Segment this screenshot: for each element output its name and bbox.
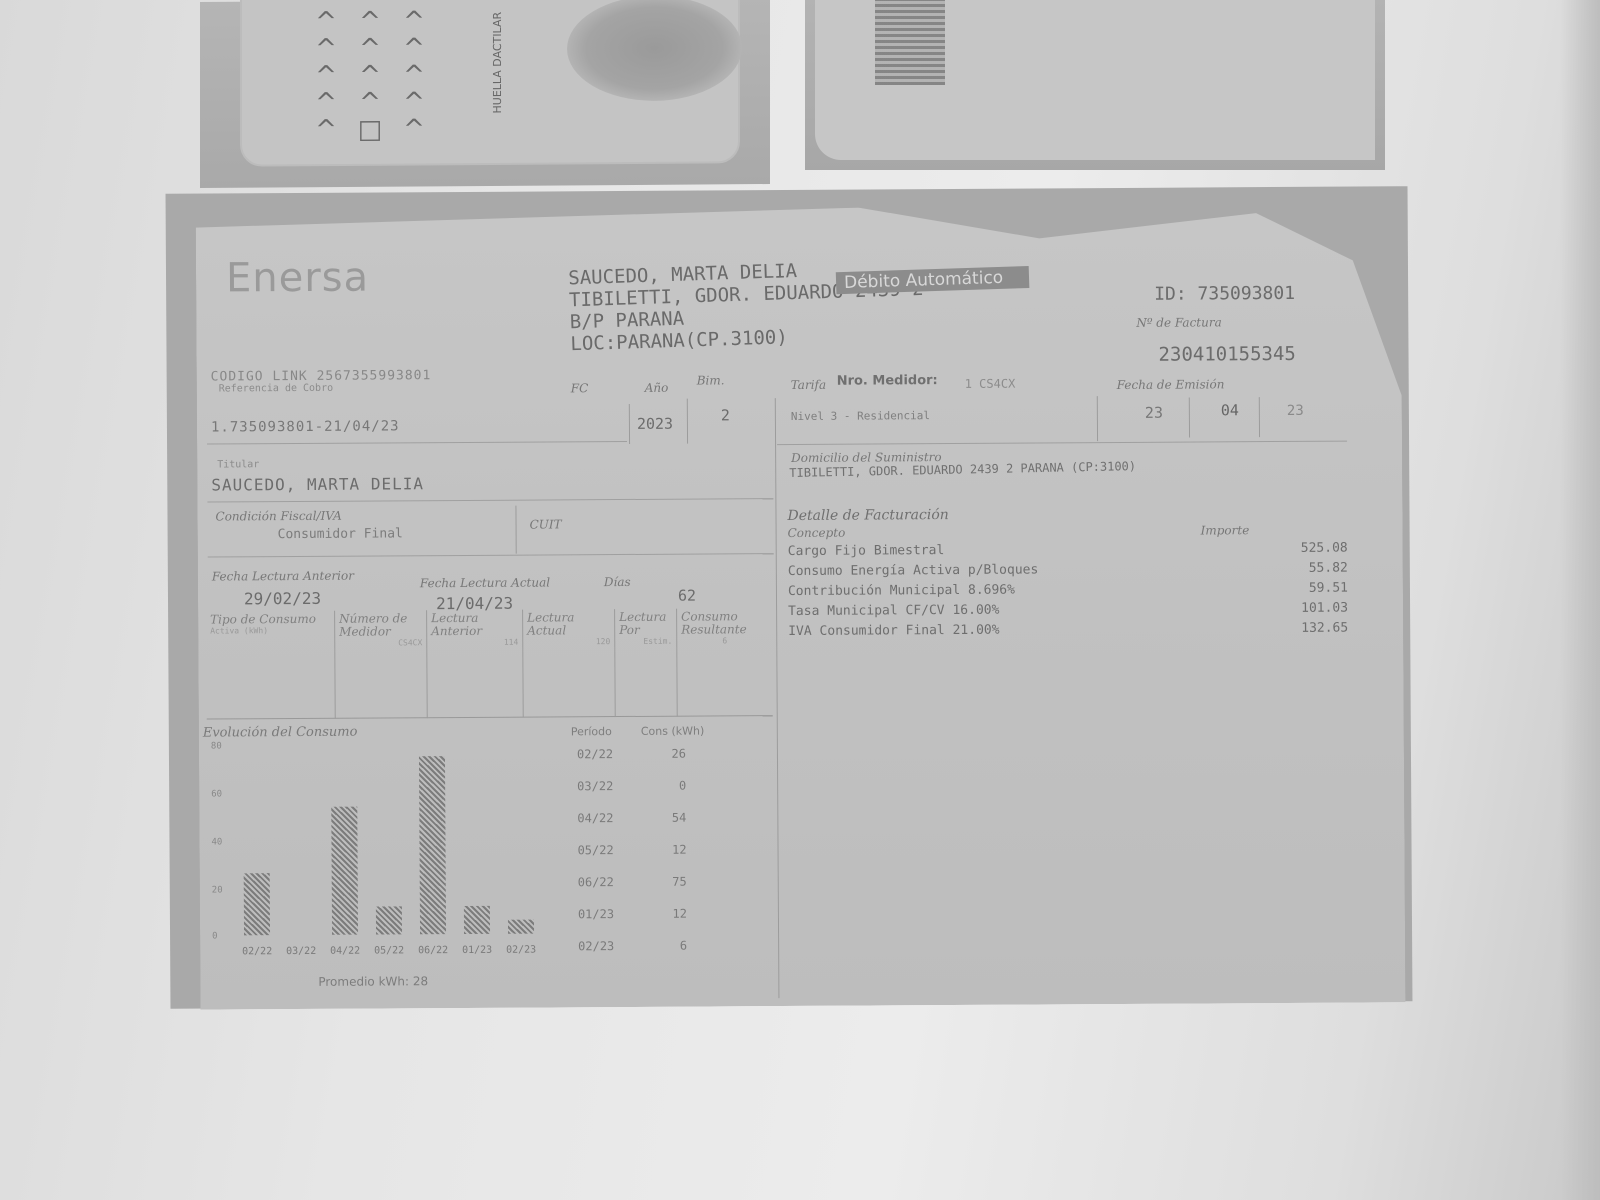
- chart-bar: [376, 906, 402, 935]
- bill-paper: Enersa SAUCEDO, MARTA DELIA TIBILETTI, G…: [196, 204, 1406, 1009]
- history-row: 05/2212: [571, 833, 731, 866]
- fc-label: FC: [571, 381, 589, 395]
- billing-item: IVA Consumidor Final 21.00%132.65: [788, 619, 1348, 642]
- concept-column-header: Concepto: [788, 526, 846, 540]
- consumption-col-type: Tipo de Consumo Activa (kWh): [206, 611, 335, 720]
- chevron-icon: ^: [392, 63, 436, 88]
- chart-bar: [331, 806, 358, 934]
- payment-reference: 1.735093801-21/04/23: [211, 418, 400, 435]
- consumption-col-result: Consumo Resultante 6: [676, 608, 773, 717]
- consumption-col-current: Lectura Actual 120: [522, 609, 615, 718]
- consumption-col-previous: Lectura Anterior 114: [426, 610, 523, 719]
- y-tick: 80: [211, 741, 222, 751]
- consumption-table: Tipo de Consumo Activa (kWh) Número de M…: [206, 608, 773, 719]
- invoice-number: 230410155345: [1158, 343, 1295, 366]
- consumption-history-table: Período Cons (kWh) 02/222603/22004/22540…: [571, 724, 732, 962]
- divider: [687, 399, 688, 444]
- x-tick: 05/22: [367, 945, 411, 956]
- history-row: 03/220: [571, 769, 731, 802]
- chevron-icon: ^: [348, 37, 392, 62]
- issue-date-month: 04: [1221, 401, 1239, 419]
- chart-bar: [244, 873, 270, 935]
- divider: [207, 441, 627, 445]
- chart-bar: [508, 919, 534, 933]
- history-rows: 02/222603/22004/225405/221206/227501/231…: [571, 737, 732, 962]
- chevron-icon: ^: [392, 36, 436, 61]
- chevron-icon: ^: [392, 117, 436, 142]
- days-label: Días: [604, 575, 631, 589]
- chevron-icon: ^: [304, 118, 348, 143]
- days-value: 62: [678, 587, 696, 605]
- history-row: 01/2312: [572, 897, 732, 930]
- x-tick: 01/23: [455, 945, 499, 956]
- issue-date-day: 23: [1145, 404, 1163, 422]
- issue-date-year: 23: [1287, 403, 1304, 419]
- previous-reading-date-label: Fecha Lectura Anterior: [212, 569, 354, 584]
- payment-reference-label: Referencia de Cobro: [219, 383, 333, 395]
- chevron-pattern: ^^^ ^^^ ^^^ ^^^ ^^^ ^□^: [304, 0, 436, 143]
- chevron-icon: ^: [392, 90, 436, 115]
- x-tick: 06/22: [411, 945, 455, 956]
- bimester-label: Bim.: [697, 373, 725, 387]
- holder-label: Titular: [217, 459, 259, 470]
- consumption-col-meter: Número de Medidor CS4CX: [334, 610, 427, 719]
- history-row: 02/236: [572, 929, 732, 962]
- consumption-chart-title: Evolución del Consumo: [203, 725, 358, 741]
- issue-date-label: Fecha de Emisión: [1117, 377, 1225, 392]
- meter-number-label: Nro. Medidor:: [837, 373, 938, 389]
- consumption-bar-chart: 80 60 40 20 0 02/2203/2204/2205/2206/220…: [207, 739, 548, 971]
- chevron-icon: ^: [348, 64, 392, 89]
- consumption-col-reading-by: Lectura Por Estim.: [614, 609, 677, 717]
- id-card-left-body: ^^^ ^^^ ^^^ ^^^ ^^^ ^□^ HUELLA DACTILAR: [240, 0, 740, 167]
- chevron-icon: ^: [304, 91, 348, 116]
- amount-column-header: Importe: [1201, 523, 1250, 537]
- customer-id: ID: 735093801: [1154, 283, 1295, 305]
- cuit-label: CUIT: [530, 517, 562, 531]
- fingerprint-label: HUELLA DACTILAR: [492, 12, 504, 114]
- divider: [1259, 397, 1260, 437]
- electricity-bill: Enersa SAUCEDO, MARTA DELIA TIBILETTI, G…: [166, 186, 1413, 1009]
- previous-reading-date: 29/02/23: [244, 589, 321, 608]
- y-tick: 0: [212, 931, 217, 941]
- tax-condition: Consumidor Final: [278, 526, 403, 542]
- divider: [777, 441, 1347, 445]
- chevron-icon: ^: [304, 37, 348, 62]
- tax-condition-label: Condición Fiscal/IVA: [215, 509, 341, 524]
- square-icon: □: [348, 118, 392, 143]
- x-tick: 03/22: [279, 946, 323, 957]
- bimester-value: 2: [721, 406, 730, 424]
- holder-name: SAUCEDO, MARTA DELIA: [211, 474, 424, 494]
- chevron-icon: ^: [348, 91, 392, 116]
- fingerprint-icon: [567, 0, 742, 101]
- y-tick: 40: [211, 837, 222, 847]
- x-tick: 02/22: [235, 946, 279, 957]
- history-row: 02/2226: [571, 737, 731, 770]
- year-value: 2023: [637, 415, 673, 433]
- chevron-icon: ^: [304, 64, 348, 89]
- divider: [1189, 398, 1190, 438]
- chart-bar: [464, 905, 490, 934]
- id-card-left-photocopy: ^^^ ^^^ ^^^ ^^^ ^^^ ^□^ HUELLA DACTILAR: [200, 0, 770, 188]
- y-tick: 60: [211, 789, 222, 799]
- billing-detail-title: Detalle de Facturación: [787, 507, 948, 524]
- history-header: Período Cons (kWh): [571, 724, 731, 738]
- page-edge-shadow: [1560, 0, 1600, 1200]
- divider: [208, 553, 774, 557]
- billing-items: Cargo Fijo Bimestral525.08 Consumo Energ…: [788, 539, 1349, 642]
- barcode-icon: [875, 0, 945, 85]
- divider: [207, 498, 773, 502]
- divider: [775, 398, 780, 998]
- id-card-right-body: [815, 0, 1375, 160]
- x-tick: 02/23: [499, 945, 543, 956]
- divider: [629, 404, 630, 444]
- year-label: Año: [645, 381, 669, 395]
- id-card-right-photocopy: [805, 0, 1385, 170]
- invoice-number-label: Nº de Factura: [1136, 315, 1221, 330]
- chevron-icon: ^: [304, 10, 348, 35]
- average-consumption: Promedio kWh: 28: [318, 974, 428, 989]
- history-row: 06/2275: [572, 865, 732, 898]
- company-logo: Enersa: [226, 255, 369, 302]
- chevron-icon: ^: [348, 10, 392, 35]
- current-reading-date-label: Fecha Lectura Actual: [420, 575, 550, 590]
- x-tick: 04/22: [323, 946, 367, 957]
- history-row: 04/2254: [571, 801, 731, 834]
- divider: [515, 506, 516, 554]
- divider: [1097, 396, 1098, 441]
- tariff-label: Tarifa: [791, 378, 826, 392]
- chart-bar: [419, 756, 446, 934]
- chevron-icon: ^: [392, 9, 436, 34]
- y-tick: 20: [212, 885, 223, 895]
- tariff-level: Nivel 3 - Residencial: [791, 409, 930, 423]
- meter-number: 1 CS4CX: [965, 377, 1016, 391]
